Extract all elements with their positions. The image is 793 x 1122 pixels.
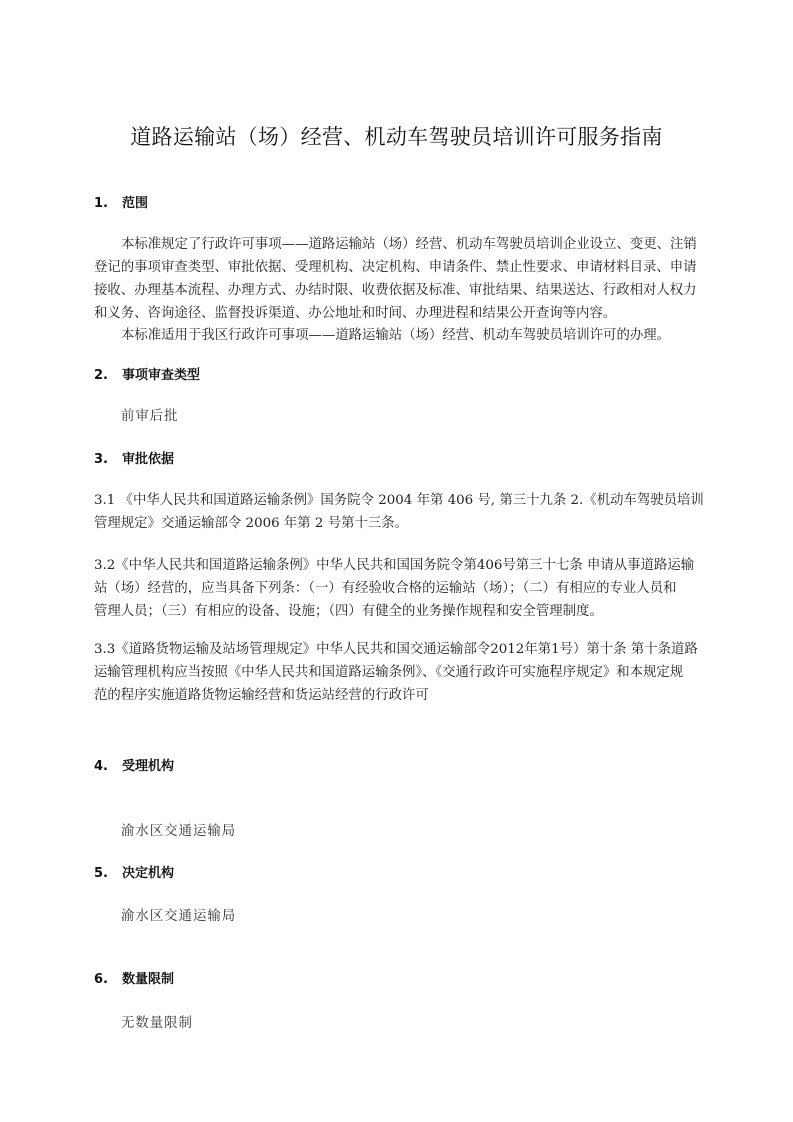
section-heading-6: 6.数量限制 <box>94 968 174 987</box>
paragraph-line: 登记的事项审查类型、审批依据、受理机构、决定机构、申请条件、禁止性要求、申请材料… <box>94 256 697 275</box>
quantity-limit-value: 无数量限制 <box>121 1012 193 1031</box>
section-number: 4. <box>94 759 122 774</box>
section-title: 范围 <box>122 196 148 211</box>
section-number: 6. <box>94 972 122 987</box>
paragraph-line: 接收、办理基本流程、办理方式、办结时限、收费依据及标准、审批结果、结果送达、行政… <box>94 279 697 298</box>
basis-item-3-1-line: 3.1 《中华人民共和国道路运输条例》国务院令 2004 年第 406 号, 第… <box>94 489 704 508</box>
section-heading-2: 2.事项审查类型 <box>94 364 200 383</box>
section-number: 5. <box>94 866 122 881</box>
document-page: 道路运输站（场）经营、机动车驾驶员培训许可服务指南 1.范围 本标准规定了行政许… <box>0 0 793 1122</box>
basis-item-3-3-line: 3.3《道路货物运输及站场管理规定》中华人民共和国交通运输部令2012年第1号）… <box>94 638 698 657</box>
document-title: 道路运输站（场）经营、机动车驾驶员培训许可服务指南 <box>0 121 793 151</box>
section-title: 决定机构 <box>122 866 174 881</box>
basis-item-3-2-line: 站（场）经营的，应当具备下列条：（一）有经验收合格的运输站（场）；（二）有相应的… <box>94 577 676 596</box>
section-heading-4: 4.受理机构 <box>94 755 174 774</box>
basis-item-3-1-line: 管理规定》交通运输部令 2006 年第 2 号第十三条。 <box>94 512 408 531</box>
paragraph-line: 本标准适用于我区行政许可事项——道路运输站（场）经营、机动车驾驶员培训许可的办理… <box>121 324 670 343</box>
section-number: 3. <box>94 452 122 467</box>
paragraph-line: 本标准规定了行政许可事项——道路运输站（场）经营、机动车驾驶员培训企业设立、变更… <box>121 233 697 252</box>
basis-item-3-3-line: 范的程序实施道路货物运输经营和货运站经营的行政许可 <box>94 684 429 703</box>
section-title: 事项审查类型 <box>122 368 200 383</box>
accepting-agency-value: 渝水区交通运输局 <box>121 820 236 839</box>
section-heading-1: 1.范围 <box>94 192 148 211</box>
section-title: 受理机构 <box>122 759 174 774</box>
paragraph-line: 和义务、咨询途径、监督投诉渠道、办公地址和时间、办理进程和结果公开查询等内容。 <box>94 302 616 321</box>
section-number: 2. <box>94 368 122 383</box>
section-heading-3: 3.审批依据 <box>94 448 174 467</box>
basis-item-3-2-line: 管理人员；（三）有相应的设备、设施；（四）有健全的业务操作规程和安全管理制度。 <box>94 600 603 619</box>
review-type-value: 前审后批 <box>121 405 179 424</box>
section-number: 1. <box>94 196 122 211</box>
basis-item-3-2-line: 3.2《中华人民共和国道路运输条例》中华人民共和国国务院令第406号第三十七条 … <box>94 554 694 573</box>
basis-item-3-3-line: 运输管理机构应当按照《中华人民共和国道路运输条例》、《交通行政许可实施程序规定》… <box>94 661 683 680</box>
section-title: 审批依据 <box>122 452 174 467</box>
section-heading-5: 5.决定机构 <box>94 862 174 881</box>
deciding-agency-value: 渝水区交通运输局 <box>121 905 236 924</box>
section-title: 数量限制 <box>122 972 174 987</box>
